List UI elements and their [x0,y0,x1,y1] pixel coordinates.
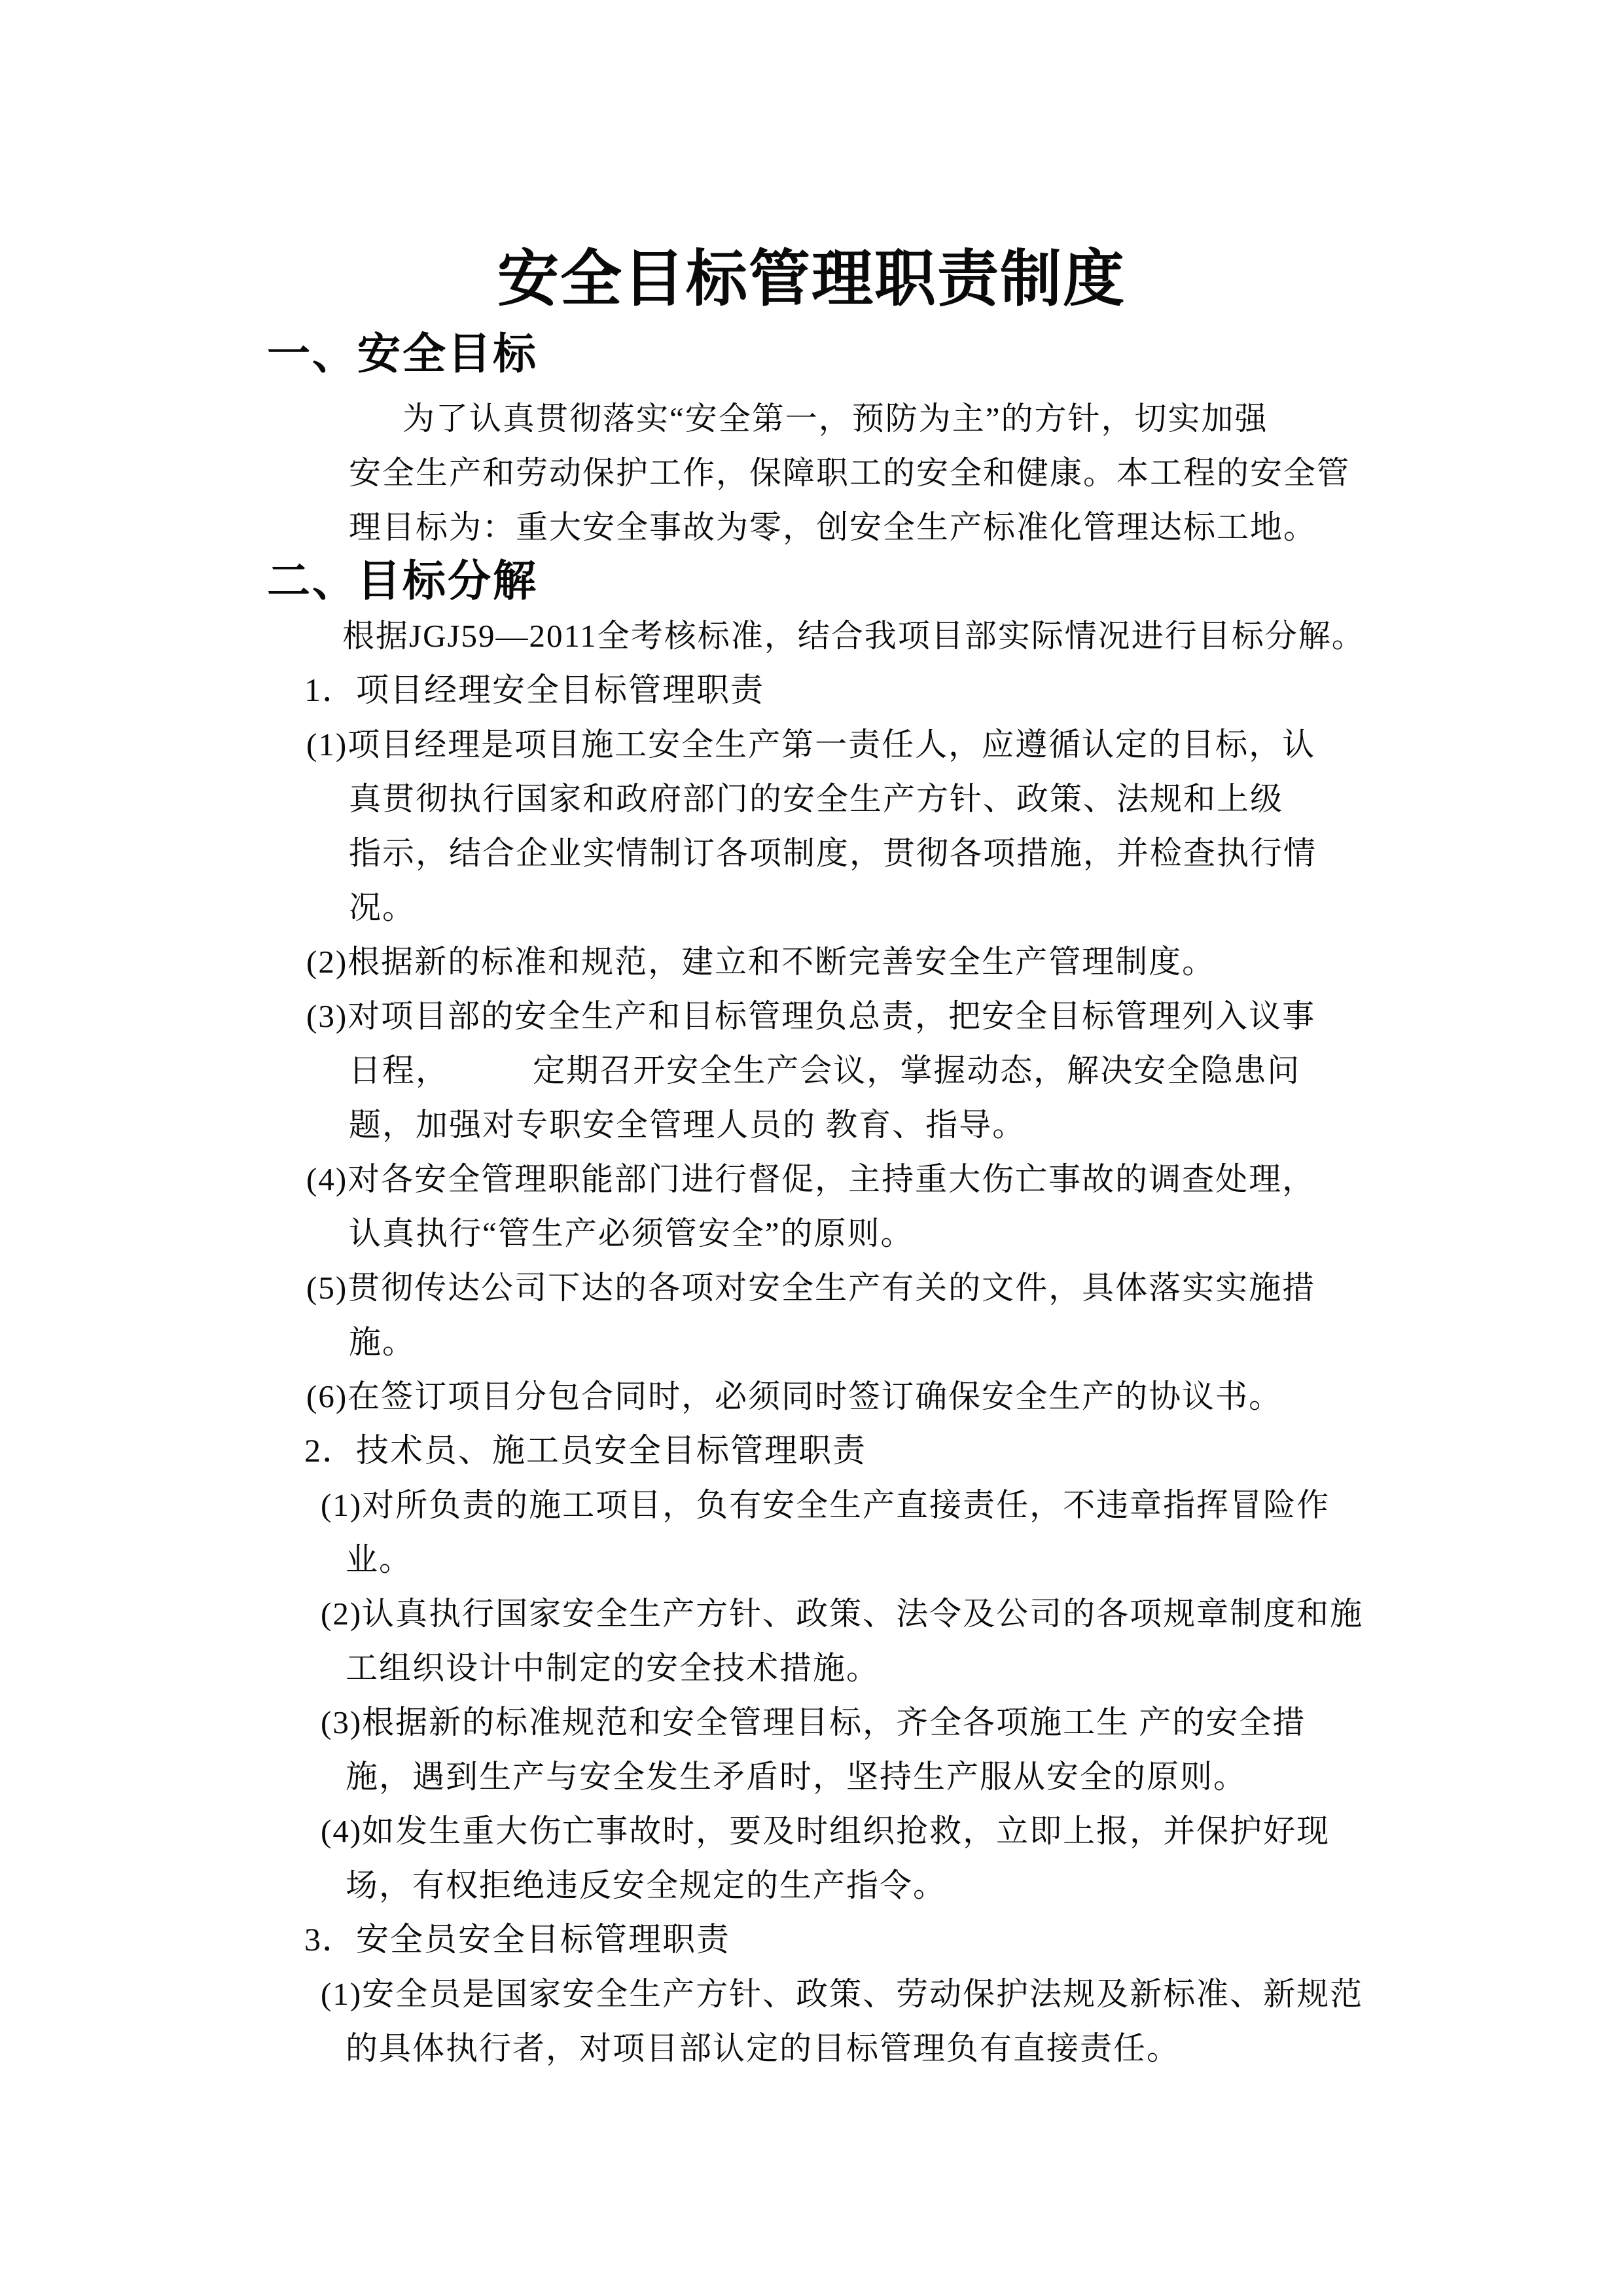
list-item-line: 况。 [349,880,1623,935]
section-heading: 一、安全目标 [267,318,1623,391]
numbered-subheading: 1．项目经理安全目标管理职责 [304,663,1623,717]
list-item-line: (2)认真执行国家安全生产方针、政策、法令及公司的各项规章制度和施 [321,1587,1623,1641]
document-title: 安全目标管理职责制度 [0,241,1623,318]
list-item-line: (3)对项目部的安全生产和目标管理负总责，把安全目标管理列入议事 [306,989,1623,1043]
list-item-line: 日程， 定期召开安全生产会议，掌握动态，解决安全隐患问 [349,1043,1623,1098]
document-content: 安全目标管理职责制度 一、安全目标为了认真贯彻落实“安全第一，预防为主”的方针，… [0,0,1623,2075]
list-item-line: 题，加强对专职安全管理人员的 教育、指导。 [349,1098,1623,1152]
list-item-line: (4)如发生重大伤亡事故时，要及时组织抢救，立即上报，并保护好现 [321,1804,1623,1858]
list-item-line: (4)对各安全管理职能部门进行督促，主持重大伤亡事故的调查处理， [306,1152,1623,1206]
list-item-line: 认真执行“管生产必须管安全”的原则。 [349,1206,1623,1261]
list-item-line: 指示，结合企业实情制订各项制度，贯彻各项措施，并检查执行情 [349,826,1623,880]
list-item-line: 业。 [346,1532,1623,1587]
list-item-line: 施。 [349,1315,1623,1369]
paragraph-line: 安全生产和劳动保护工作，保障职工的安全和健康。本工程的安全管 [349,446,1623,500]
list-item-line: 真贯彻执行国家和政府部门的安全生产方针、政策、法规和上级 [349,772,1623,826]
list-item-line: 场，有权拒绝违反安全规定的生产指令。 [346,1858,1623,1912]
paragraph-line: 为了认真贯彻落实“安全第一，预防为主”的方针，切实加强 [402,391,1623,446]
list-item-line: (1)项目经理是项目施工安全生产第一责任人，应遵循认定的目标，认 [306,717,1623,772]
numbered-subheading: 2．技术员、施工员安全目标管理职责 [304,1424,1623,1478]
list-item-line: (2)根据新的标准和规范，建立和不断完善安全生产管理制度。 [306,935,1623,989]
list-item-line: (3)根据新的标准规范和安全管理目标，齐全各项施工生 产的安全措 [321,1695,1623,1749]
list-item-line: 的具体执行者，对项目部认定的目标管理负有直接责任。 [346,2021,1623,2075]
list-item-line: (6)在签订项目分包合同时，必须同时签订确保安全生产的协议书。 [306,1369,1623,1424]
paragraph-line: 理目标为：重大安全事故为零，创安全生产标准化管理达标工地。 [349,500,1623,554]
list-item-line: (1)对所负责的施工项目，负有安全生产直接责任，不违章指挥冒险作 [321,1478,1623,1532]
numbered-subheading: 3．安全员安全目标管理职责 [304,1912,1623,1967]
document-body: 一、安全目标为了认真贯彻落实“安全第一，预防为主”的方针，切实加强安全生产和劳动… [0,318,1623,2075]
list-item-line: 工组织设计中制定的安全技术措施。 [346,1641,1623,1695]
paragraph-line: 根据JGJ59—2011全考核标准，结合我项目部实际情况进行目标分解。 [342,609,1623,663]
list-item-line: (1)安全员是国家安全生产方针、政策、劳动保护法规及新标准、新规范 [321,1967,1623,2021]
list-item-line: 施，遇到生产与安全发生矛盾时，坚持生产服从安全的原则。 [346,1749,1623,1804]
document-page: 安全目标管理职责制度 一、安全目标为了认真贯彻落实“安全第一，预防为主”的方针，… [0,0,1623,2296]
section-heading: 二、目标分解 [267,554,1623,609]
list-item-line: (5)贯彻传达公司下达的各项对安全生产有关的文件，具体落实实施措 [306,1261,1623,1315]
